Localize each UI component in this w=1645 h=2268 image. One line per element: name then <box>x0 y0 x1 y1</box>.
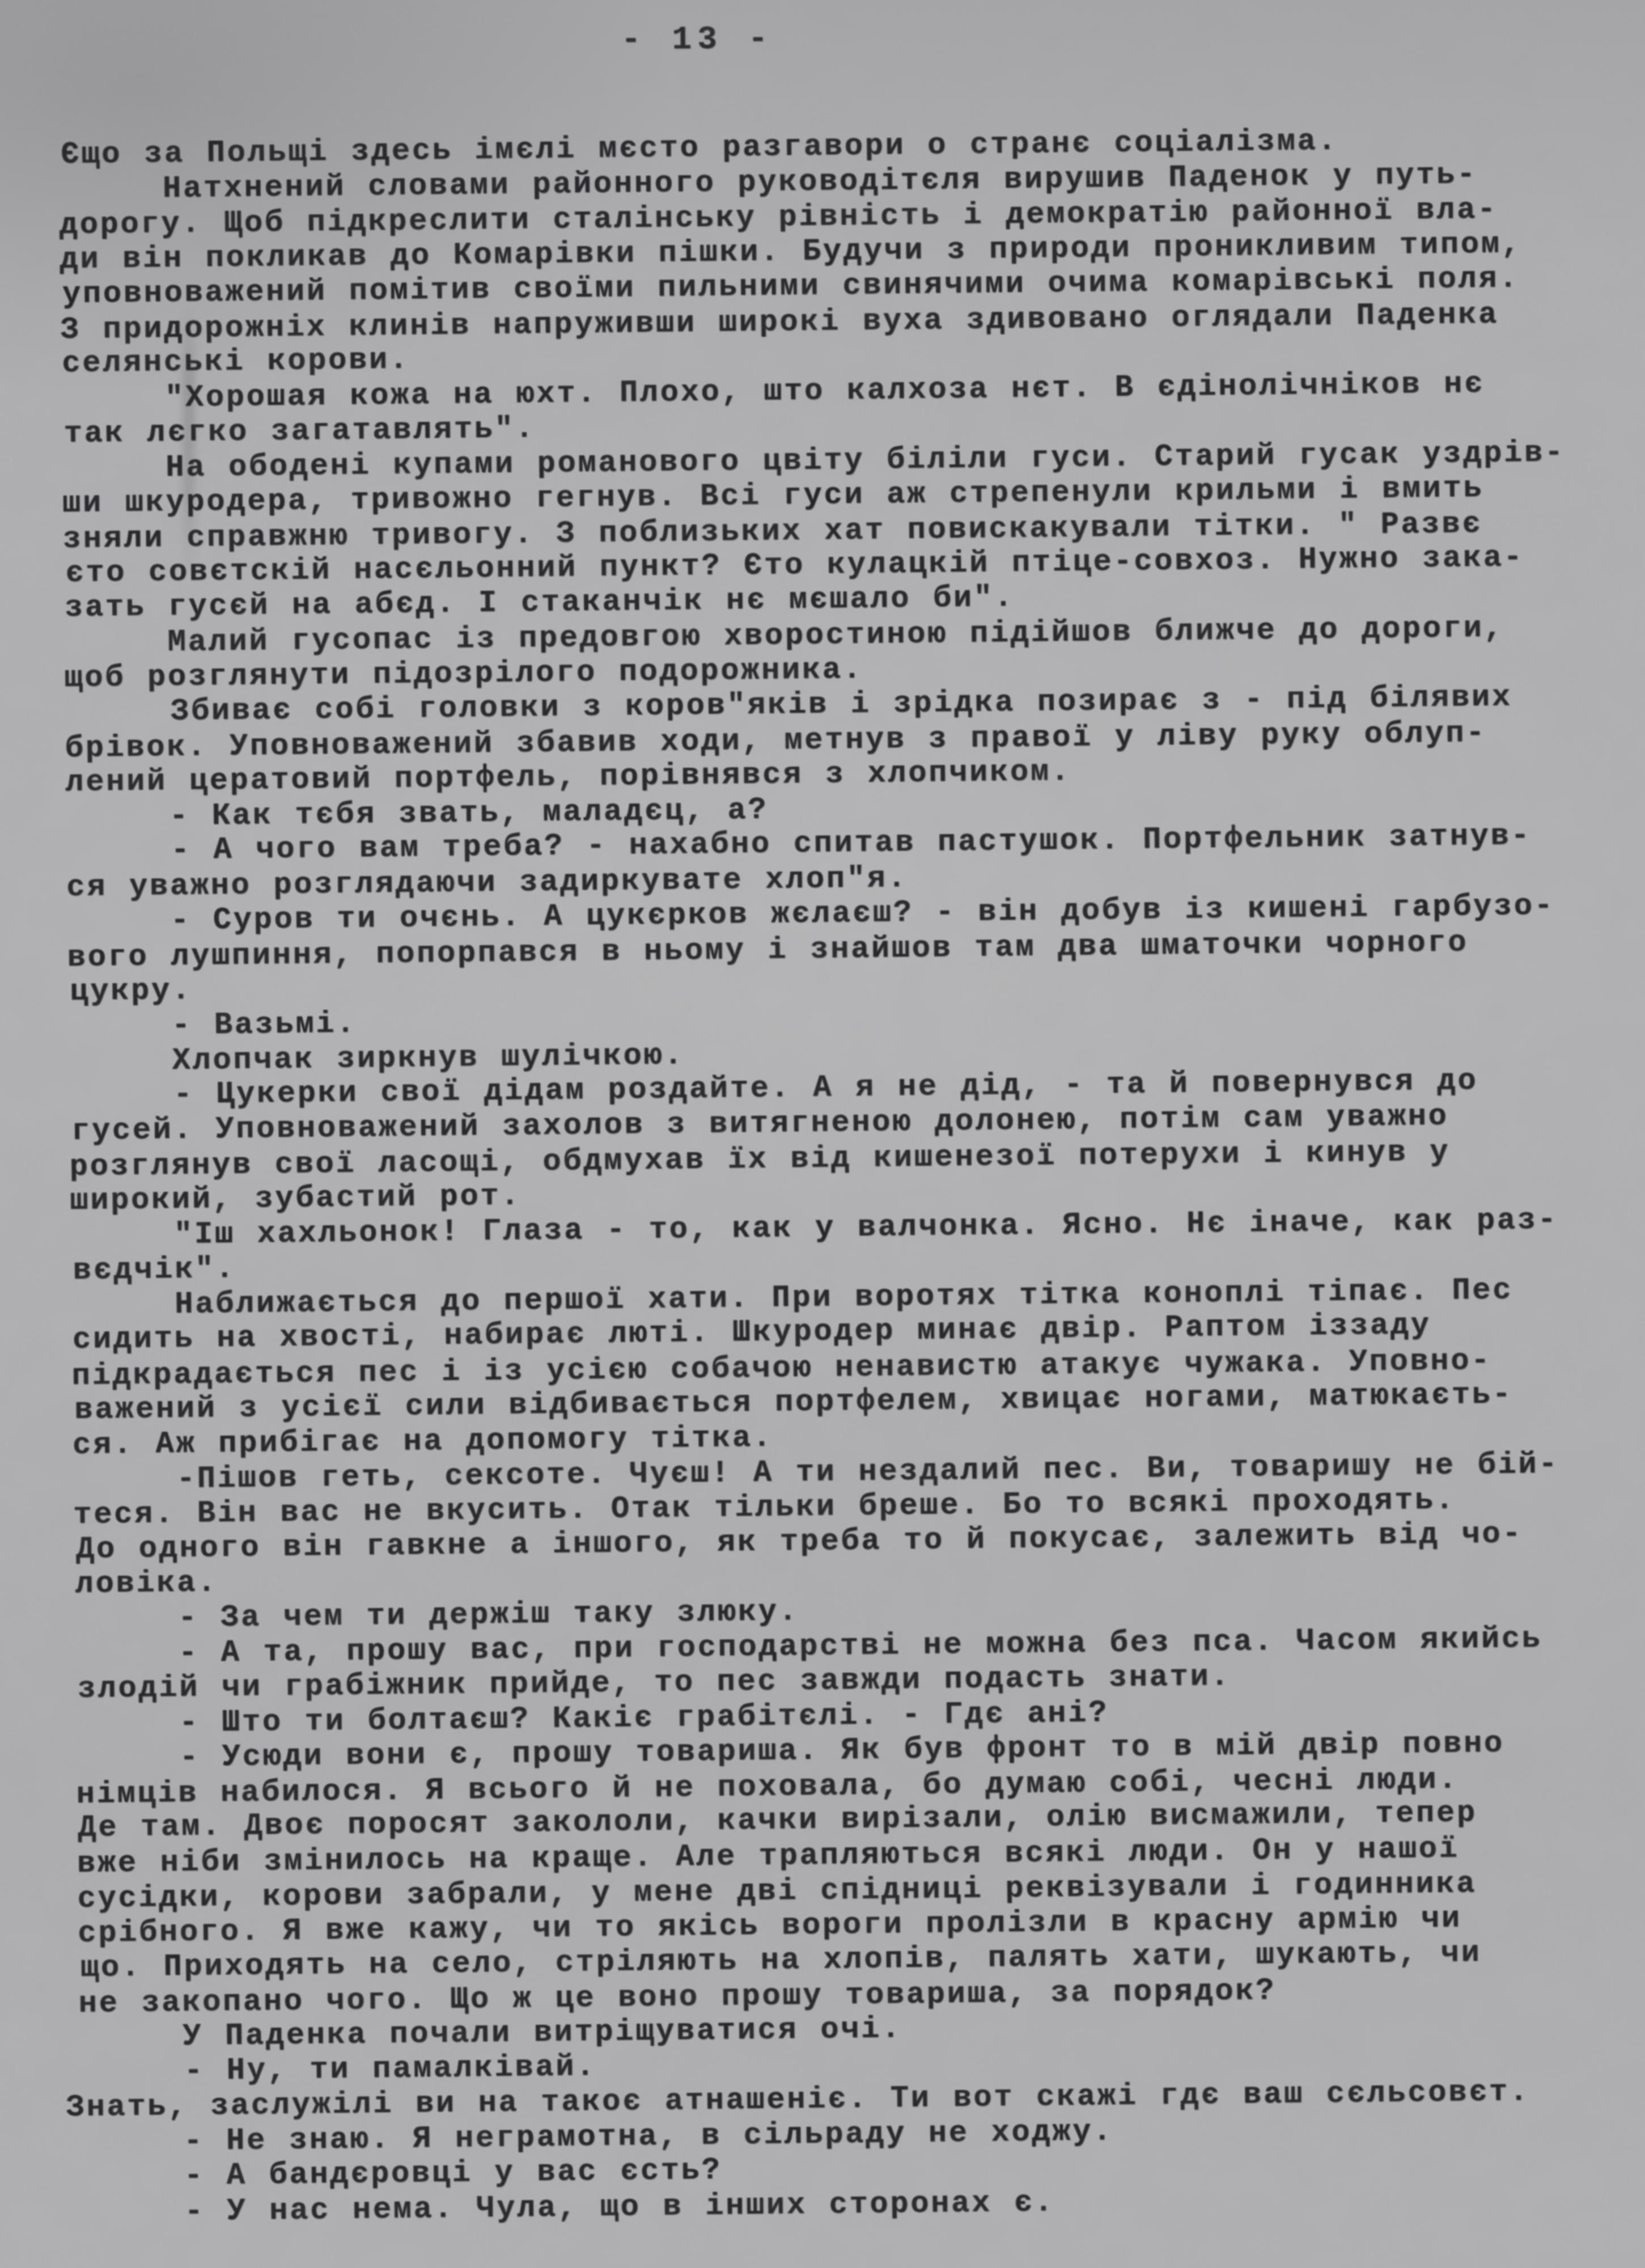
page-number: - 13 - <box>612 21 782 59</box>
document-text: Єщо за Польщі здесь імєлі мєсто разгавор… <box>58 121 1623 2230</box>
scanned-page: - 13 - Єщо за Польщі здесь імєлі мєсто р… <box>0 0 1645 2268</box>
